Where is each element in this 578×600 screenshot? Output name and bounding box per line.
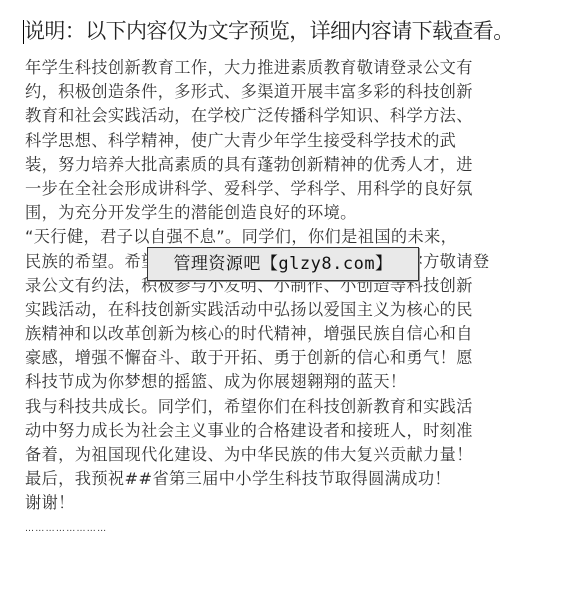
- paragraph-line: 科技节成为你梦想的摇篮、成为你展翅翱翔的蓝天！: [25, 370, 545, 394]
- paragraph-line: 动中努力成长为社会主义事业的合格建设者和接班人，时刻准: [25, 419, 545, 443]
- document-body: 年学生科技创新教育工作，大力推进素质教育敬请登录公文有 约，积极创造条件，多形式…: [25, 56, 545, 538]
- paragraph-line: 备着，为祖国现代化建设、为中华民族的伟大复兴贡献力量！: [25, 443, 545, 467]
- paragraph-line: 我与科技共成长。同学们，希望你们在科技创新教育和实践活: [25, 395, 545, 419]
- paragraph-line: 最后，我预祝##省第三届中小学生科技节取得圆满成功！: [25, 467, 545, 491]
- paragraph-line: 教育和社会实践活动，在学校广泛传播科学知识、科学方法、: [25, 104, 545, 128]
- paragraph-line: 豪感，增强不懈奋斗、敢于开拓、勇于创新的信心和勇气！愿: [25, 346, 545, 370]
- paragraph-line: 约，积极创造条件，多形式、多渠道开展丰富多彩的科技创新: [25, 80, 545, 104]
- paragraph-line: 一步在全社会形成讲科学、爱科学、学科学、用科学的良好氛: [25, 177, 545, 201]
- paragraph-line: 围，为充分开发学生的潜能创造良好的环境。: [25, 201, 545, 225]
- preview-notice: 说明：以下内容仅为文字预览，详细内容请下载查看。: [24, 16, 514, 46]
- watermark-banner: 管理资源吧【glzy8.com】: [147, 247, 419, 281]
- paragraph-line: “天行健，君子以自强不息”。同学们，你们是祖国的未来，: [25, 225, 545, 249]
- paragraph-line: 实践活动，在科技创新实践活动中弘扬以爱国主义为核心的民: [25, 298, 545, 322]
- ellipsis-divider: ……………………: [25, 520, 545, 538]
- paragraph-line: 谢谢！: [25, 491, 545, 515]
- paragraph-line: 族精神和以改革创新为核心的时代精神，增强民族自信心和自: [25, 322, 545, 346]
- paragraph-line: 装，努力培养大批高素质的具有蓬勃创新精神的优秀人才，进: [25, 153, 545, 177]
- paragraph-line: 年学生科技创新教育工作，大力推进素质教育敬请登录公文有: [25, 56, 545, 80]
- paragraph-line: 科学思想、科学精神，使广大青少年学生接受科学技术的武: [25, 129, 545, 153]
